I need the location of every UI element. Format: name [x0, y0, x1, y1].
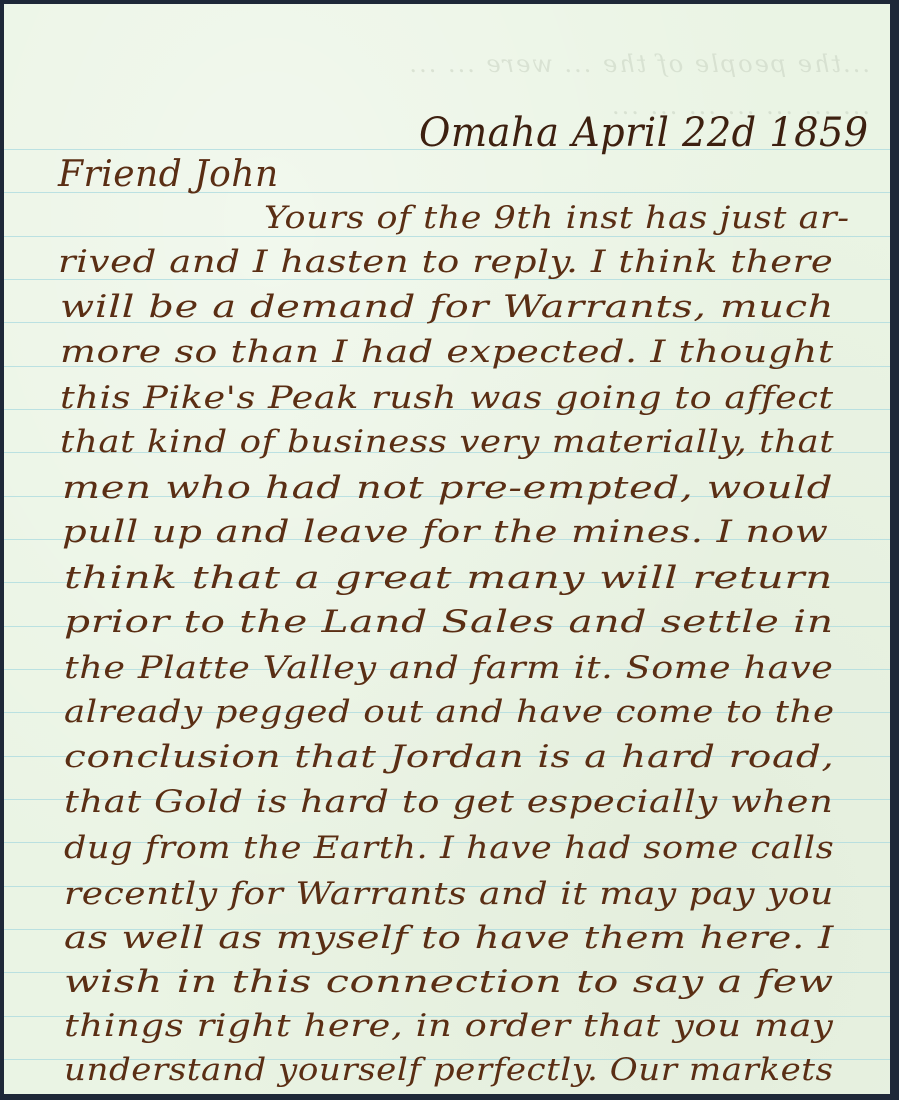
- dateline: Omaha April 22d 1859: [419, 110, 869, 156]
- body-line: dug from the Earth. I have had some call…: [64, 830, 834, 866]
- body-line: already pegged out and have come to the: [64, 694, 835, 730]
- body-line: Yours of the 9th inst has just ar-: [264, 200, 850, 236]
- body-line: that Gold is hard to get especially when: [64, 784, 833, 820]
- body-line: pull up and leave for the mines. I now: [62, 514, 829, 550]
- body-line: the Platte Valley and farm it. Some have: [64, 650, 833, 686]
- letter-page: ...the people of the ... were ... ... ..…: [4, 4, 890, 1094]
- bleed-through-text: ...the people of the ... were ... ...: [24, 50, 870, 78]
- body-line: prior to the Land Sales and settle in: [64, 604, 834, 640]
- body-line: recently for Warrants and it may pay you: [64, 876, 834, 912]
- body-line: will be a demand for Warrants, much: [60, 289, 834, 325]
- body-line: understand yourself perfectly. Our marke…: [64, 1052, 834, 1088]
- body-line: conclusion that Jordan is a hard road,: [64, 739, 834, 775]
- salutation: Friend John: [58, 154, 279, 195]
- body-line: more so than I had expected. I thought: [60, 334, 834, 370]
- body-line: men who had not pre-empted, would: [62, 470, 833, 506]
- body-line: as well as myself to have them here. I: [64, 920, 834, 956]
- body-line: think that a great many will return: [64, 560, 833, 596]
- ruled-line: [4, 236, 890, 237]
- body-line: things right here, in order that you may: [64, 1008, 834, 1044]
- body-line: wish in this connection to say a few: [64, 964, 834, 1000]
- body-line: rived and I hasten to reply. I think the…: [58, 244, 833, 280]
- body-line: this Pike's Peak rush was going to affec…: [60, 380, 834, 416]
- body-line: that kind of business very materially, t…: [60, 424, 834, 460]
